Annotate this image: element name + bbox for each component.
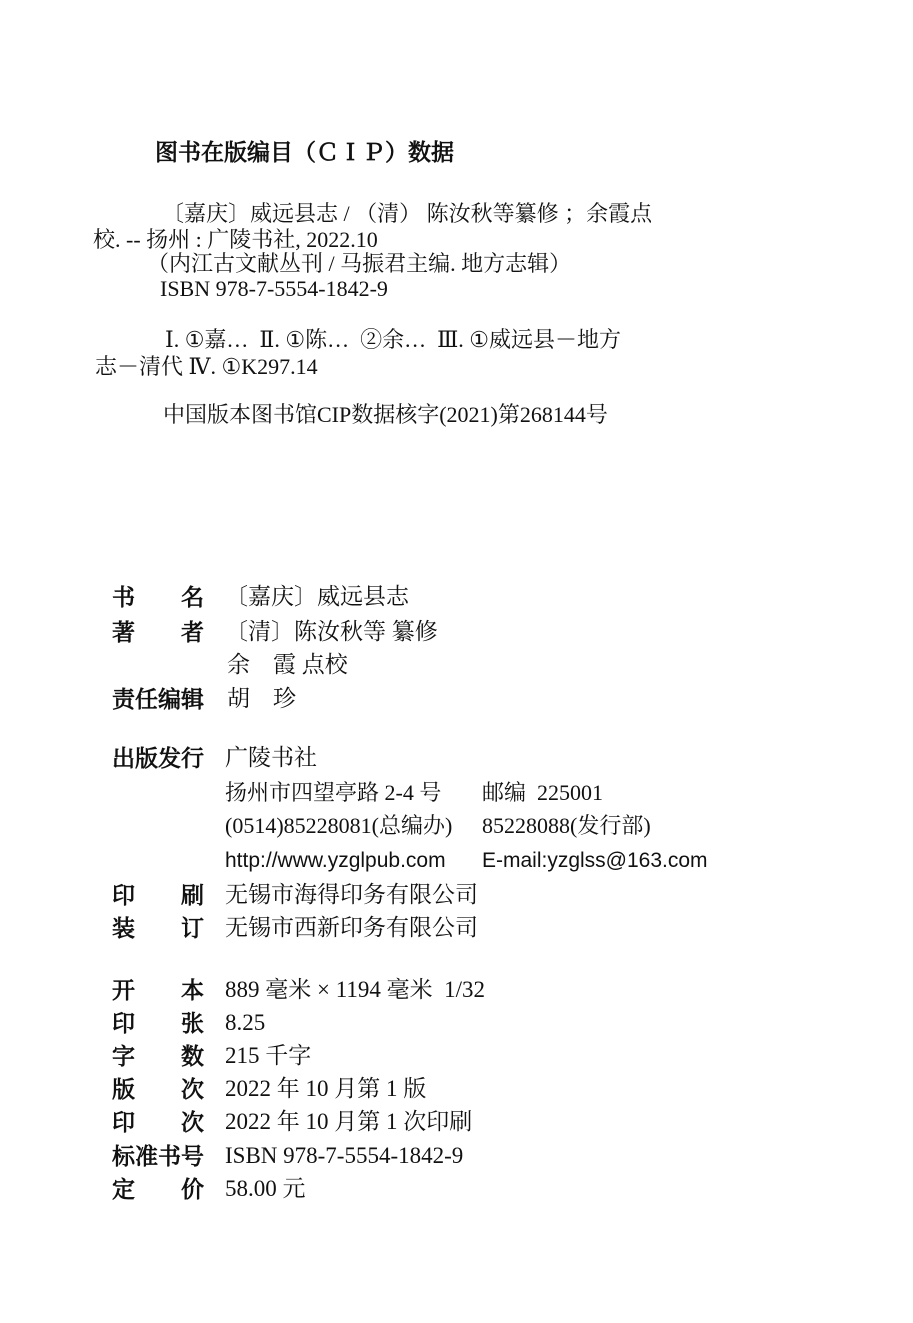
format-label: 开 本 [112, 977, 204, 1003]
binder-value: 无锡市西新印务有限公司 [225, 915, 478, 941]
editor-label: 责任编辑 [112, 686, 204, 712]
edition-value: 2022 年 10 月第 1 版 [225, 1076, 426, 1102]
impression-label: 印 次 [112, 1109, 204, 1135]
cip-header: 图书在版编目（ＣＩＰ）数据 [155, 139, 454, 165]
price-label: 定 价 [112, 1176, 204, 1202]
cip-classification-line-1: Ⅰ. ①嘉… Ⅱ. ①陈… ②余… Ⅲ. ①威远县－地方 [165, 327, 621, 352]
editor-value: 胡 珍 [227, 686, 296, 712]
standard-isbn-label: 标准书号 [112, 1143, 204, 1169]
cip-record-line-3: （内江古文献丛刊 / 马振君主编. 地方志辑） [147, 251, 571, 276]
impression-value: 2022 年 10 月第 1 次印刷 [225, 1109, 472, 1135]
printer-label: 印 刷 [112, 882, 204, 908]
author-label: 著 者 [112, 619, 204, 645]
price-value: 58.00 元 [225, 1176, 306, 1202]
printed-sheets-label: 印 张 [112, 1010, 204, 1036]
book-title-label: 书 名 [112, 584, 204, 610]
edition-label: 版 次 [112, 1076, 204, 1102]
publisher-email: E-mail:yzglss@163.com [482, 849, 708, 873]
author-value: 〔清〕陈汝秋等 纂修 [225, 619, 438, 645]
publisher-website: http://www.yzglpub.com [225, 849, 446, 873]
book-copyright-page: 图书在版编目（ＣＩＰ）数据 〔嘉庆〕威远县志 / （清） 陈汝秋等纂修 ；余霞点… [0, 0, 913, 1323]
publisher-phone-editorial: (0514)85228081(总编办) [225, 813, 452, 838]
publisher-value: 广陵书社 [225, 745, 317, 771]
publisher-label: 出版发行 [112, 745, 204, 771]
printed-sheets-value: 8.25 [225, 1010, 265, 1036]
word-count-label: 字 数 [112, 1043, 204, 1069]
format-value: 889 毫米 × 1194 毫米 1/32 [225, 977, 485, 1003]
publisher-phone-distribution: 85228088(发行部) [482, 813, 651, 838]
publisher-postcode: 邮编 225001 [482, 780, 603, 805]
book-title-value: 〔嘉庆〕威远县志 [225, 584, 409, 610]
printer-value: 无锡市海得印务有限公司 [225, 882, 478, 908]
standard-isbn-value: ISBN 978-7-5554-1842-9 [225, 1143, 463, 1169]
binder-label: 装 订 [112, 915, 204, 941]
word-count-value: 215 千字 [225, 1043, 311, 1069]
author-value-2: 余 霞 点校 [227, 652, 348, 678]
publisher-address: 扬州市四望亭路 2-4 号 [225, 780, 441, 805]
cip-record-line-2: 校. -- 扬州 : 广陵书社, 2022.10 [93, 227, 378, 252]
cip-registry-number: 中国版本图书馆CIP数据核字(2021)第268144号 [163, 402, 608, 427]
cip-record-isbn: ISBN 978-7-5554-1842-9 [160, 276, 388, 301]
cip-classification-line-2: 志－清代 Ⅳ. ①K297.14 [95, 354, 318, 379]
cip-record-line-1: 〔嘉庆〕威远县志 / （清） 陈汝秋等纂修 ；余霞点 [162, 201, 652, 226]
